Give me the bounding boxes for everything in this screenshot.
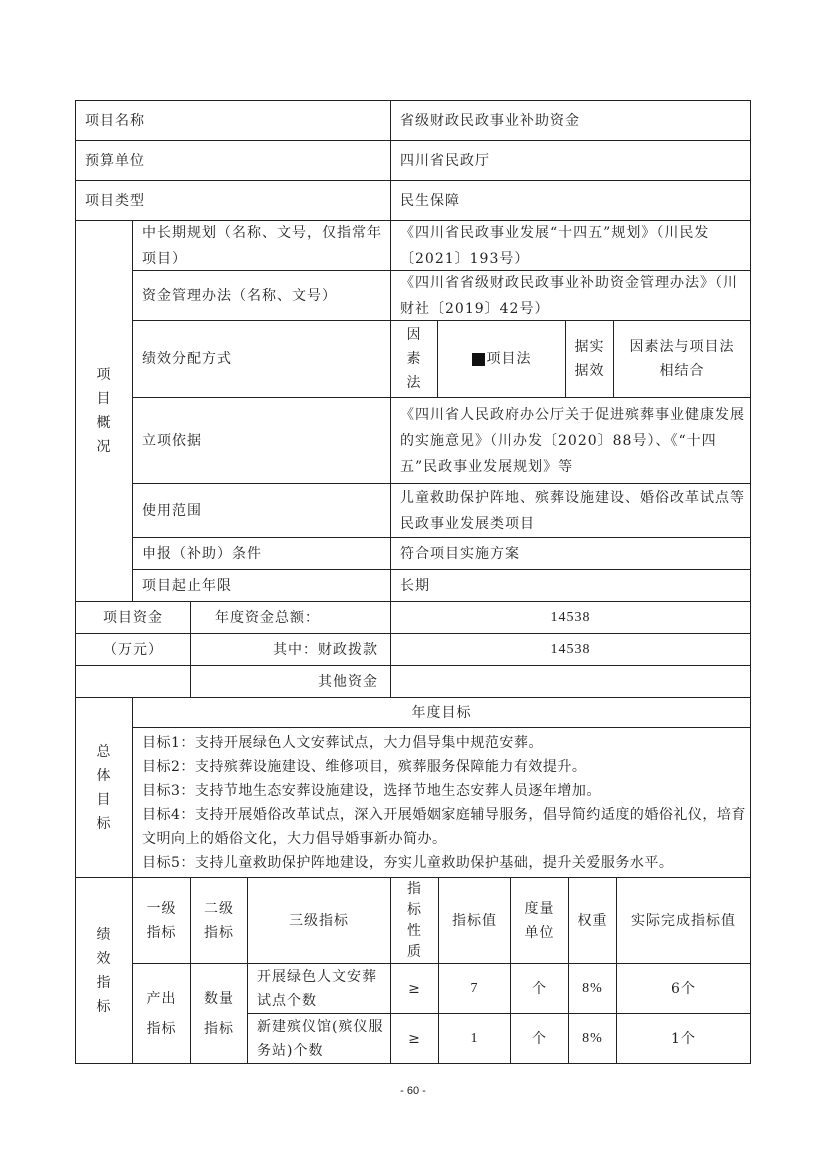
funds-total-value: 14538	[390, 601, 751, 634]
goal-item: 目标5：支持儿童救助保护阵地建设，夯实儿童救助保护基础，提升关爱服务水平。	[142, 851, 746, 875]
row1-nature: ≥	[390, 963, 439, 1014]
row1-actual: 6个	[616, 963, 751, 1014]
basis-label: 立项依据	[132, 397, 391, 484]
level2-value: 数量指标	[190, 963, 248, 1064]
project-name-label: 项目名称	[75, 100, 391, 141]
row2-weight: 8%	[568, 1013, 617, 1064]
row2-value: 1	[438, 1013, 511, 1064]
plan-label: 中长期规划（名称、文号，仅指常年项目）	[132, 220, 391, 271]
row1-unit: 个	[510, 963, 569, 1014]
project-type-label: 项目类型	[75, 180, 391, 221]
funds-fiscal-value: 14538	[390, 633, 751, 666]
funds-other-label: 其他资金	[190, 665, 391, 698]
header-level2: 二级指标	[190, 877, 248, 964]
header-level3: 三级指标	[247, 877, 391, 964]
mgmt-label: 资金管理办法（名称、文号）	[132, 270, 391, 321]
funds-total-label: 年度资金总额：	[190, 601, 391, 634]
row2-unit: 个	[510, 1013, 569, 1064]
condition-label: 申报（补助）条件	[132, 537, 391, 570]
goal-item: 目标2：支持殡葬设施建设、维修项目，殡葬服务保障能力有效提升。	[142, 755, 746, 779]
row2-name: 新建殡仪馆(殡仪服务站)个数	[247, 1013, 391, 1064]
row2-nature: ≥	[390, 1013, 439, 1064]
header-actual: 实际完成指标值	[616, 877, 751, 964]
condition-value: 符合项目实施方案	[390, 537, 751, 570]
mgmt-value: 《四川省省级财政民政事业补助资金管理办法》（川财社〔2019〕42号）	[390, 270, 751, 321]
scope-value: 儿童救助保护阵地、殡葬设施建设、婚俗改革试点等民政事业发展类项目	[390, 483, 751, 538]
basis-value: 《四川省人民政府办公厅关于促进殡葬事业健康发展的实施意见》（川办发〔2020〕8…	[390, 397, 751, 484]
period-value: 长期	[390, 569, 751, 602]
overview-section-label: 项目概况	[75, 220, 133, 602]
goal-item: 目标4：支持开展婚俗改革试点，深入开展婚姻家庭辅导服务，倡导简约适度的婚俗礼仪，…	[142, 803, 746, 851]
funds-label-line1: 项目资金	[75, 601, 191, 634]
dist-option-factor: 因素法	[390, 320, 438, 398]
goals-section-label: 总体目标	[75, 697, 133, 878]
dist-option-project: 项目法	[437, 320, 566, 398]
row1-weight: 8%	[568, 963, 617, 1014]
goals-list: 目标1：支持开展绿色人文安葬试点，大力倡导集中规范安葬。 目标2：支持殡葬设施建…	[132, 727, 751, 878]
funds-fiscal-label: 其中：财政拨款	[190, 633, 391, 666]
plan-value: 《四川省民政事业发展“十四五”规划》（川民发〔2021〕193号）	[390, 220, 751, 271]
header-weight: 权重	[568, 877, 617, 964]
row2-actual: 1个	[616, 1013, 751, 1064]
period-label: 项目起止年限	[132, 569, 391, 602]
goal-item: 目标3：支持节地生态安葬设施建设，选择节地生态安葬人员逐年增加。	[142, 779, 746, 803]
funds-other-value	[390, 665, 751, 698]
level1-value: 产出指标	[132, 963, 191, 1064]
goals-header: 年度目标	[132, 697, 751, 728]
budget-unit-value: 四川省民政厅	[390, 140, 751, 181]
dist-option-combined: 因素法与项目法相结合	[613, 320, 751, 398]
page-number: - 60 -	[0, 1085, 826, 1097]
header-level1: 一级指标	[132, 877, 191, 964]
indicators-section-label: 绩效指标	[75, 877, 133, 1064]
project-type-value: 民生保障	[390, 180, 751, 221]
row1-name: 开展绿色人文安葬试点个数	[247, 963, 391, 1014]
project-name-value: 省级财政民政事业补助资金	[390, 100, 751, 141]
header-unit: 度量单位	[510, 877, 569, 964]
header-nature: 指标性质	[390, 877, 439, 964]
header-value: 指标值	[438, 877, 511, 964]
checked-box-icon	[472, 353, 485, 366]
budget-unit-label: 预算单位	[75, 140, 391, 181]
dist-option-project-text: 项目法	[487, 346, 532, 372]
funds-empty-cell	[75, 665, 191, 698]
dist-option-actual: 据实据效	[565, 320, 614, 398]
row1-value: 7	[438, 963, 511, 1014]
dist-label: 绩效分配方式	[132, 320, 391, 398]
funds-label-line2: （万元）	[75, 633, 191, 666]
scope-label: 使用范围	[132, 483, 391, 538]
goal-item: 目标1：支持开展绿色人文安葬试点，大力倡导集中规范安葬。	[142, 731, 746, 755]
